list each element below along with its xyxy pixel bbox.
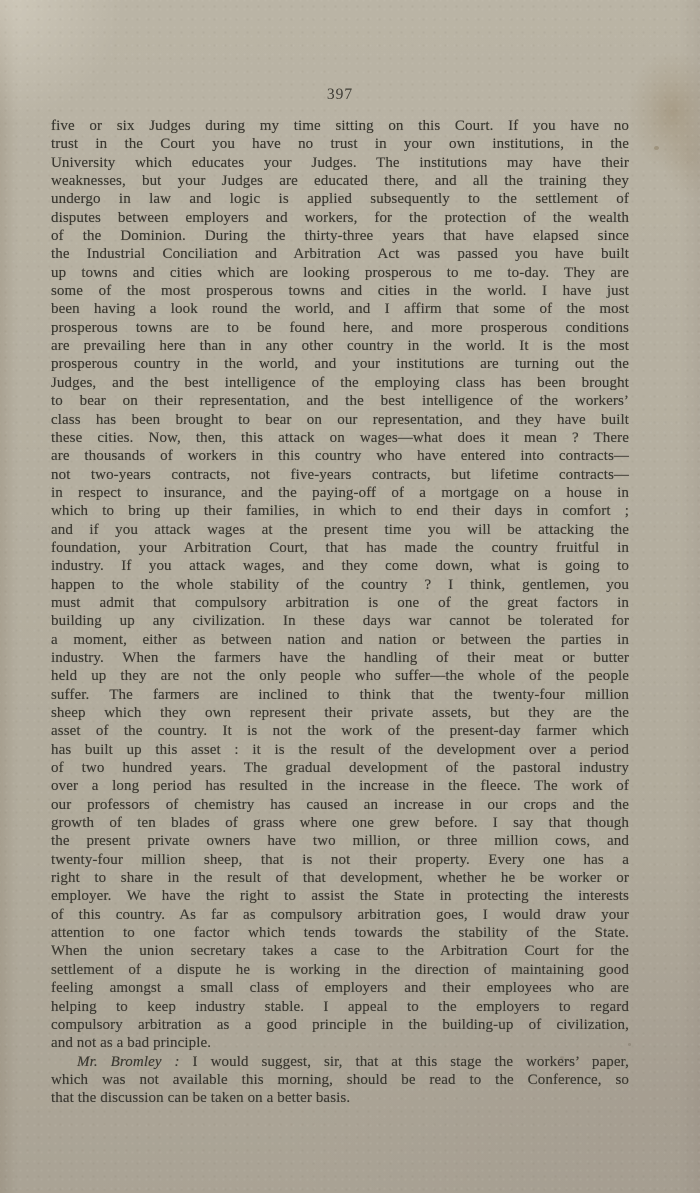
text-line: weaknesses, but your Judges are educated… xyxy=(51,172,629,190)
text-line: which to bring up their families, in whi… xyxy=(51,502,629,520)
text-line: twenty-four million sheep, that is not t… xyxy=(51,851,629,869)
text-line: five or six Judges during my time sittin… xyxy=(51,117,629,135)
paragraph: Mr. Bromley : I would suggest, sir, that… xyxy=(51,1053,629,1108)
text-line: has built up this asset : it is the resu… xyxy=(51,741,629,759)
text-line: of two hundred years. The gradual develo… xyxy=(51,759,629,777)
text-line: attention to one factor which tends towa… xyxy=(51,924,629,942)
speaker-name: Mr. Bromley : xyxy=(77,1054,180,1070)
text-line: of the Dominion. During the thirty-three… xyxy=(51,227,629,245)
text-line: some of the most prosperous towns and ci… xyxy=(51,282,629,300)
text-line: industry. When the farmers have the hand… xyxy=(51,649,629,667)
text-line: these cities. Now, then, this attack on … xyxy=(51,429,629,447)
text-line: undergo in law and logic is applied subs… xyxy=(51,190,629,208)
text-line: and if you attack wages at the present t… xyxy=(51,521,629,539)
text-line: the present private owners have two mill… xyxy=(51,832,629,850)
text-line: building up any civilization. In these d… xyxy=(51,612,629,630)
text-line: prosperous country in the world, and you… xyxy=(51,355,629,373)
text-block: five or six Judges during my time sittin… xyxy=(51,117,629,1108)
text-line: feeling amongst a small class of employe… xyxy=(51,979,629,997)
text-line: disputes between employers and workers, … xyxy=(51,209,629,227)
text-line: are prevailing here than in any other co… xyxy=(51,337,629,355)
text-line: sheep which they own represent their pri… xyxy=(51,704,629,722)
text-line: in respect to insurance, and the paying-… xyxy=(51,484,629,502)
text-line: growth of ten blades of grass where one … xyxy=(51,814,629,832)
text-line: prosperous towns are to be found here, a… xyxy=(51,319,629,337)
text-line: foundation, your Arbitration Court, that… xyxy=(51,539,629,557)
paper-stain-speck xyxy=(654,146,659,150)
text-line: which was not available this morning, sh… xyxy=(51,1071,629,1089)
text-line: trust in the Court you have no trust in … xyxy=(51,135,629,153)
scanned-book-page: 397 five or six Judges during my time si… xyxy=(0,0,700,1193)
text-line: of this country. As far as compulsory ar… xyxy=(51,906,629,924)
text-line: held up they are not the only people who… xyxy=(51,667,629,685)
text-line: University which educates your Judges. T… xyxy=(51,154,629,172)
text-line: helping to keep industry stable. I appea… xyxy=(51,998,629,1016)
text-line: been having a look round the world, and … xyxy=(51,300,629,318)
text-line: Judges, and the best intelligence of the… xyxy=(51,374,629,392)
text-line: settlement of a dispute he is working in… xyxy=(51,961,629,979)
text-line: happen to the whole stability of the cou… xyxy=(51,576,629,594)
text-line: over a long period has resulted in the i… xyxy=(51,777,629,795)
text-line: Mr. Bromley : I would suggest, sir, that… xyxy=(51,1053,629,1071)
text-line: up towns and cities which are looking pr… xyxy=(51,264,629,282)
text-line: compulsory arbitration as a good princip… xyxy=(51,1016,629,1034)
text-line: employer. We have the right to assist th… xyxy=(51,887,629,905)
text-line: must admit that compulsory arbitration i… xyxy=(51,594,629,612)
text-line: industry. If you attack wages, and they … xyxy=(51,557,629,575)
text-line: are thousands of workers in this country… xyxy=(51,447,629,465)
paragraph: five or six Judges during my time sittin… xyxy=(51,117,629,1053)
text-line: asset of the country. It is not the work… xyxy=(51,722,629,740)
text-line: that the discussion can be taken on a be… xyxy=(51,1089,629,1107)
text-line: and not as a bad principle. xyxy=(51,1034,629,1052)
text-line: the Industrial Conciliation and Arbitrat… xyxy=(51,245,629,263)
text-line: class has been brought to bear on our re… xyxy=(51,411,629,429)
text-line: our professors of chemistry has caused a… xyxy=(51,796,629,814)
text-line: suffer. The farmers are inclined to thin… xyxy=(51,686,629,704)
page-number: 397 xyxy=(51,86,629,104)
text-line: to bear on their representation, and the… xyxy=(51,392,629,410)
text-line: When the union secretary takes a case to… xyxy=(51,942,629,960)
text-line: not two-years contracts, not five-years … xyxy=(51,466,629,484)
text-line: right to share in the result of that dev… xyxy=(51,869,629,887)
text-line: a moment, either as between nation and n… xyxy=(51,631,629,649)
